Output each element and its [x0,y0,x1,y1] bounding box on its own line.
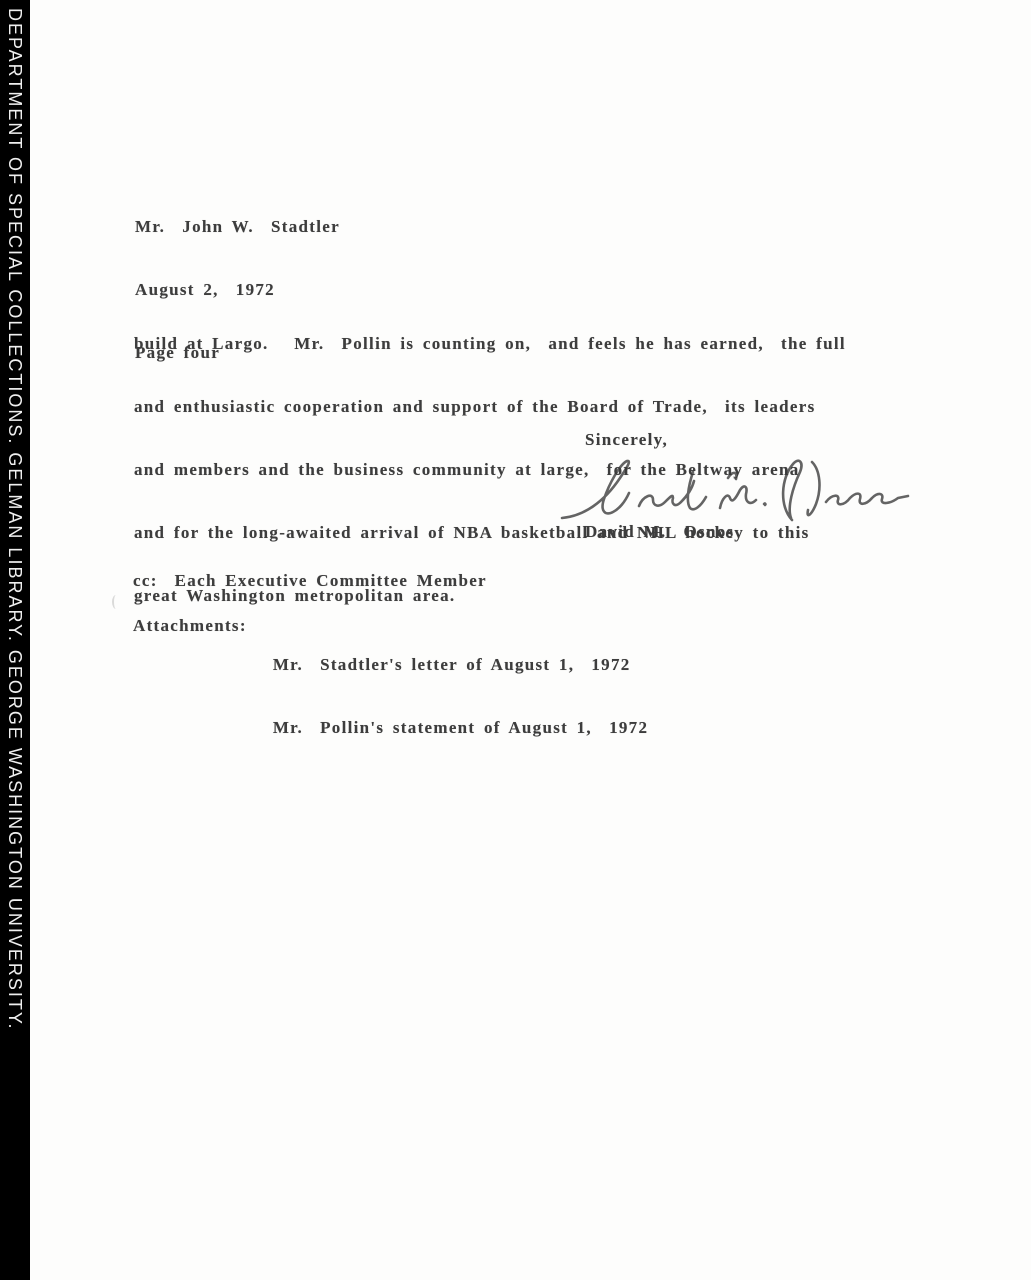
signature-ink [560,452,910,532]
body-line: and enthusiastic cooperation and support… [134,395,846,418]
closing-salutation: Sincerely, [585,430,668,450]
cc-line: cc: Each Executive Committee Member [133,569,487,592]
attachment-item: Mr. Pollin's statement of August 1, 1972 [273,717,648,740]
attachments-section: Attachments: Mr. Stadtler's letter of Au… [133,614,648,779]
body-line: build at Largo. Mr. Pollin is counting o… [134,332,846,355]
cc-value: Each Executive Committee Member [175,569,487,592]
attachments-label: Attachments: [133,614,247,779]
attachments-list: Mr. Stadtler's letter of August 1, 1972 … [273,614,648,779]
scanned-letter-page: DEPARTMENT OF SPECIAL COLLECTIONS. GELMA… [0,0,1031,1280]
handwritten-signature [560,452,910,532]
typed-signature-name: David M. Osnos [585,522,734,542]
scan-artifact [112,595,120,609]
attachment-item: Mr. Stadtler's letter of August 1, 1972 [273,654,648,677]
archive-sidebar: DEPARTMENT OF SPECIAL COLLECTIONS. GELMA… [0,0,30,1280]
archive-sidebar-label: DEPARTMENT OF SPECIAL COLLECTIONS. GELMA… [4,8,25,1031]
recipient-line: Mr. John W. Stadtler [135,215,340,238]
cc-label: cc: [133,569,158,592]
